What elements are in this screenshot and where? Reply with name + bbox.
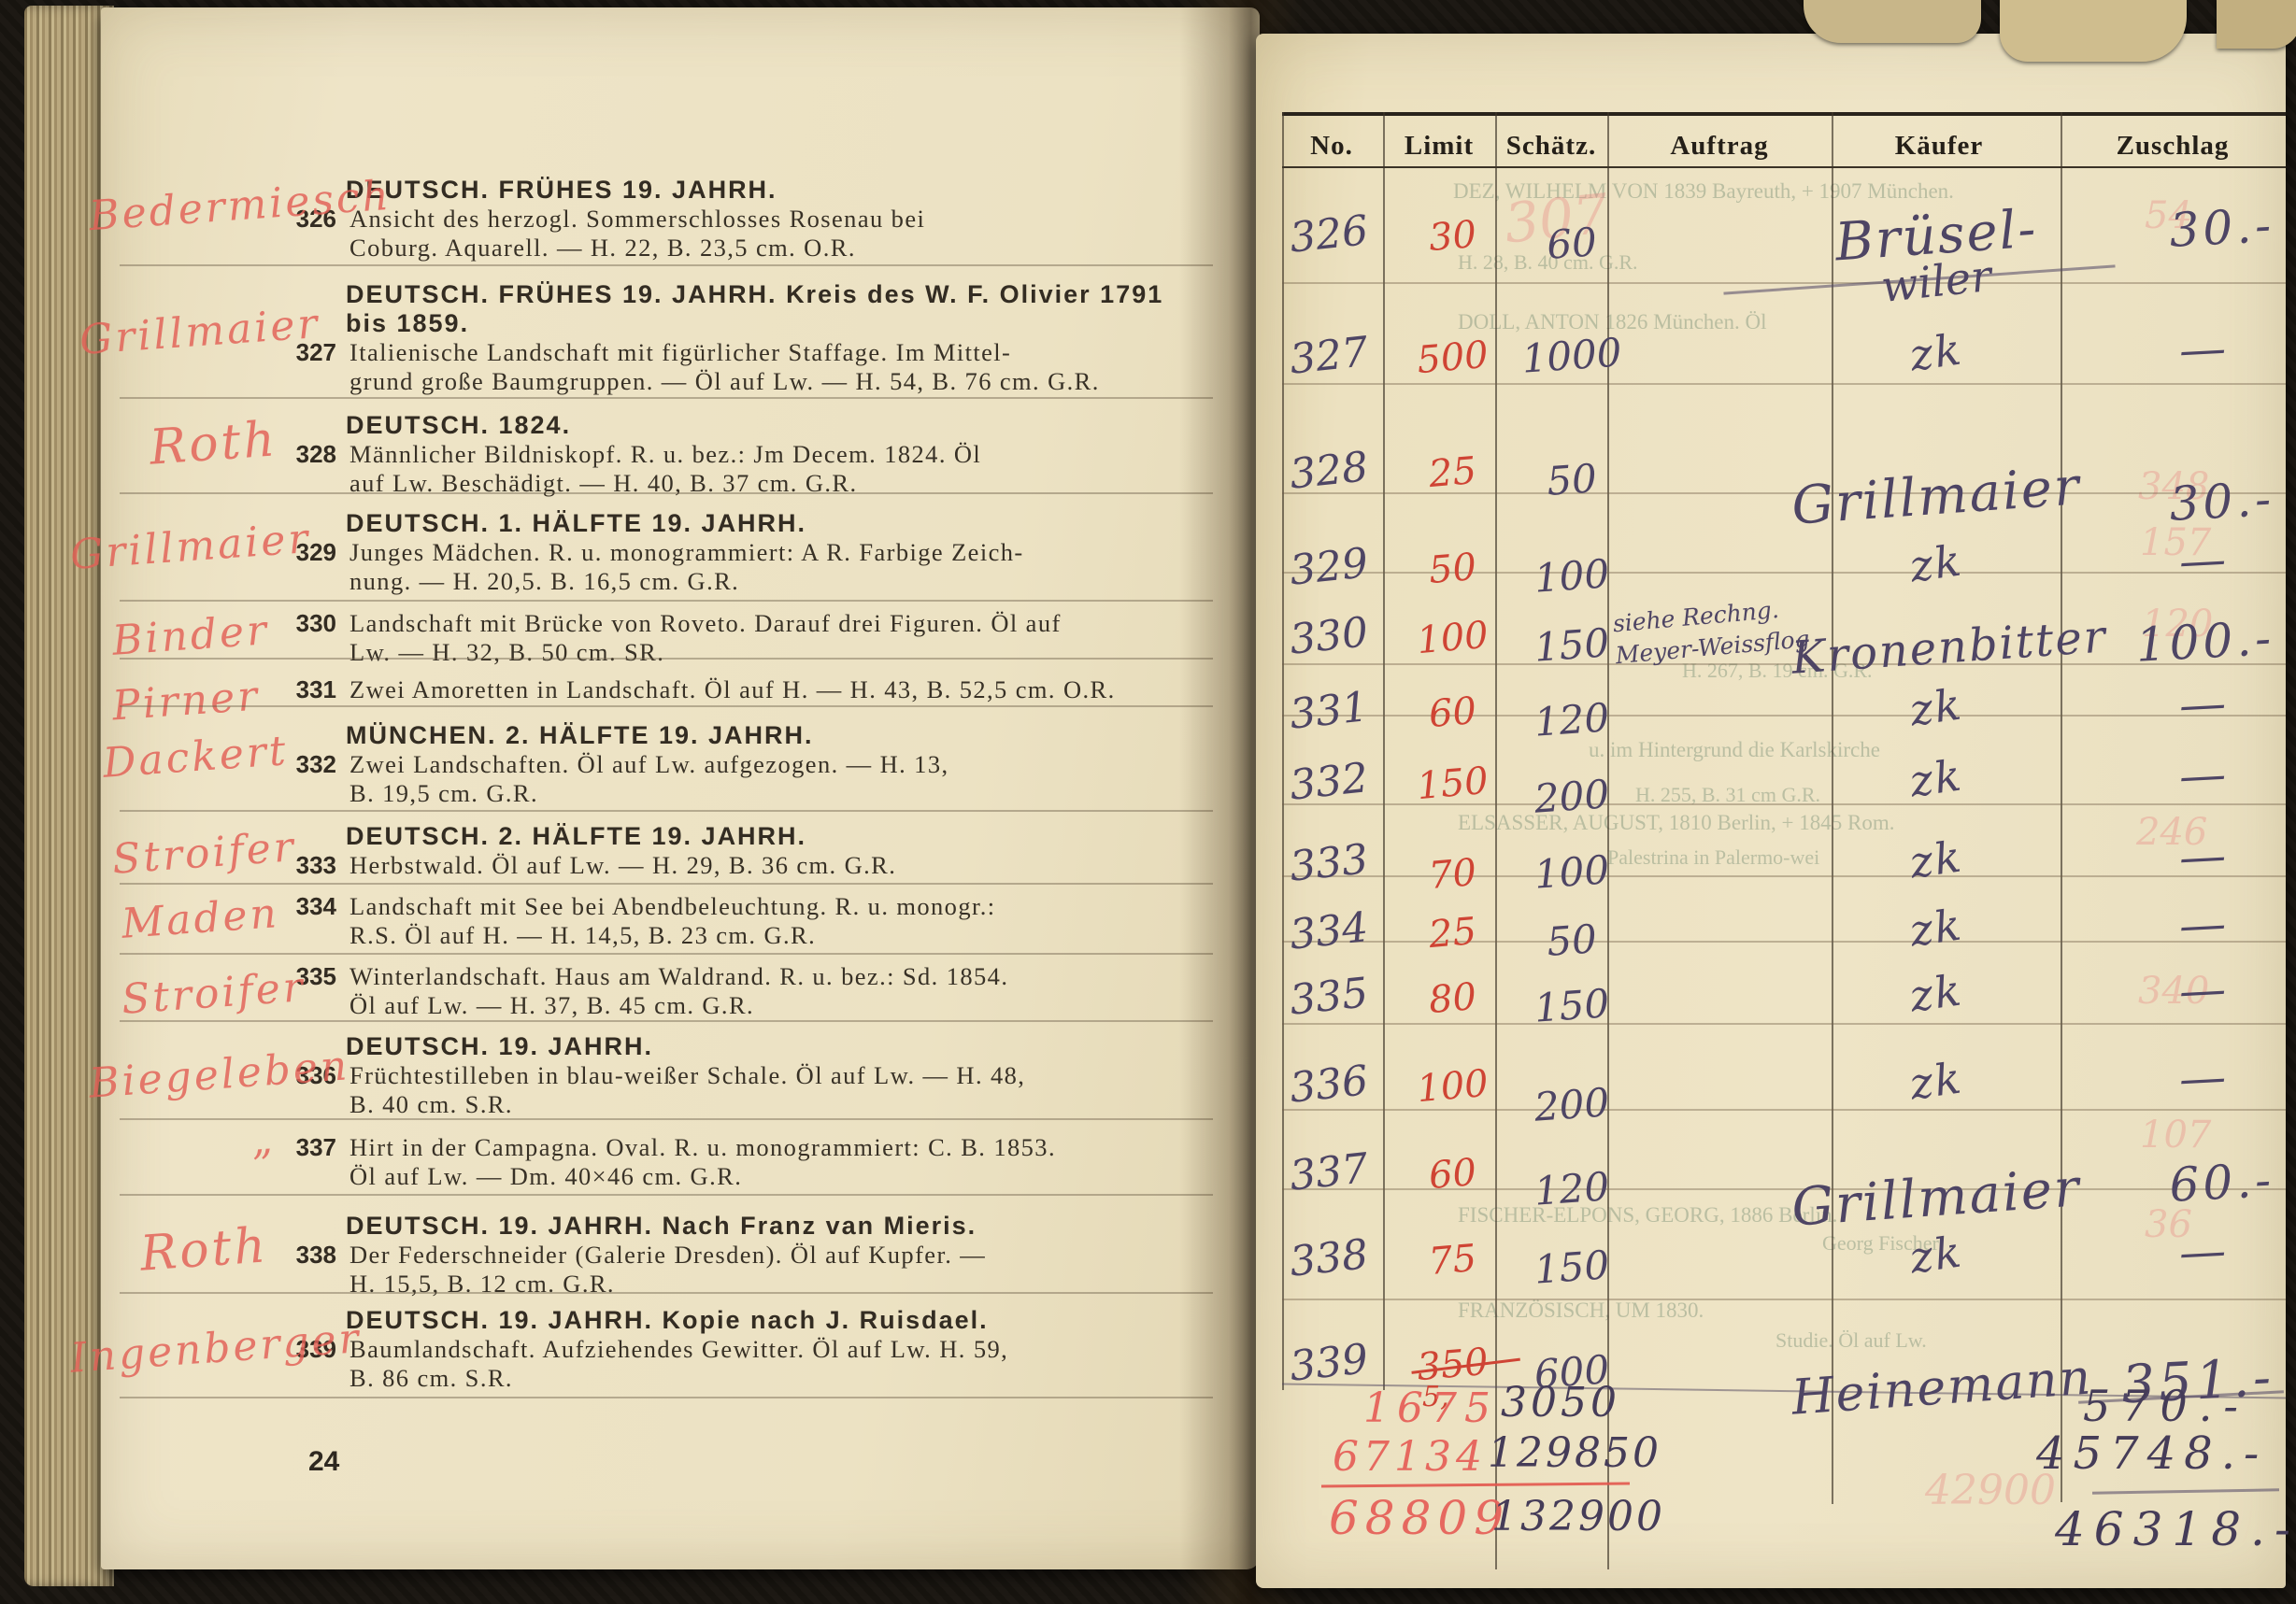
rule xyxy=(120,1397,1213,1398)
lot-text: Zwei Landschaften. Öl auf Lw. aufgezogen… xyxy=(349,750,949,779)
cell-schaetz: 50 xyxy=(1505,913,1638,968)
total-schaetz-carry: 129850 xyxy=(1488,1429,1661,1477)
rule xyxy=(120,953,1213,955)
lot-text: H. 15,5, B. 12 cm. G.R. xyxy=(349,1270,1194,1299)
ledger-row: 336 100 200 zk — xyxy=(1282,1054,2282,1140)
cell-no: 335 xyxy=(1288,966,1397,1024)
cell-schaetz: 60 xyxy=(1505,216,1638,271)
total-limit-sum: 68809 xyxy=(1329,1491,1510,1545)
cell-no: 337 xyxy=(1288,1142,1397,1199)
catalog-entry: Grillmaier DEUTSCH. 1. HÄLFTE 19. JAHRH.… xyxy=(101,509,1194,596)
margin-annotation: Binder xyxy=(110,606,270,665)
section-header: DEUTSCH. 19. JAHRH. Kopie nach J. Ruisda… xyxy=(346,1306,1194,1335)
margin-annotation: Ingenberger xyxy=(69,1314,364,1383)
lot-text: Lw. — H. 32, B. 50 cm. SR. xyxy=(349,638,1194,667)
ledger-row: 328 25 50 Grillmaier 30.- xyxy=(1282,440,2282,526)
cell-zuschlag: 60.- xyxy=(2059,1153,2276,1218)
cell-no: 336 xyxy=(1288,1054,1397,1112)
total-zuschlag-carry: 45748.- xyxy=(2036,1427,2267,1480)
cell-zuschlag: 30.- xyxy=(2059,198,2276,263)
ledger-row: 335 80 150 zk — xyxy=(1282,966,2282,1052)
rule xyxy=(120,1118,1213,1120)
rule xyxy=(120,658,1213,660)
ledger-row: 338 75 150 zk — xyxy=(1282,1228,2282,1313)
cell-limit: 70 xyxy=(1388,847,1517,901)
lot-text: Der Federschneider (Galerie Dresden). Öl… xyxy=(349,1241,986,1270)
page-number: 24 xyxy=(308,1446,339,1478)
rule xyxy=(120,1020,1213,1022)
lot-text: Öl auf Lw. — Dm. 40×46 cm. G.R. xyxy=(349,1162,1194,1191)
lot-text: nung. — H. 20,5. B. 16,5 cm. G.R. xyxy=(349,567,1194,596)
cell-no: 327 xyxy=(1288,325,1397,383)
total-limit-carry: 67134 xyxy=(1333,1433,1487,1481)
lot-text: grund große Baumgruppen. — Öl auf Lw. — … xyxy=(349,367,1194,396)
cell-limit: 25 xyxy=(1388,906,1517,960)
cell-schaetz: 200 xyxy=(1505,769,1638,824)
lot-text: Männlicher Bildniskopf. R. u. bez.: Jm D… xyxy=(349,440,981,469)
cell-limit: 100 xyxy=(1388,611,1517,665)
cell-schaetz: 1000 xyxy=(1505,328,1638,383)
cell-schaetz: 120 xyxy=(1505,1161,1638,1216)
section-header: MÜNCHEN. 2. HÄLFTE 19. JAHRH. xyxy=(346,721,1194,750)
cell-schaetz: 120 xyxy=(1505,692,1638,747)
cell-no: 331 xyxy=(1288,680,1397,738)
rule xyxy=(120,600,1213,602)
auction-ledger-photo: Bedermiesch DEUTSCH. FRÜHES 19. JAHRH. 3… xyxy=(0,0,2296,1604)
cell-limit: 60 xyxy=(1388,686,1517,740)
cell-no: 333 xyxy=(1288,832,1397,890)
cell-zuschlag: 100.- xyxy=(2059,611,2276,676)
cell-limit: 80 xyxy=(1388,972,1517,1026)
sum-rule xyxy=(1321,1483,1630,1488)
lot-text: Öl auf Lw. — H. 37, B. 45 cm. G.R. xyxy=(349,991,1194,1020)
table-header-rule xyxy=(1282,166,2286,168)
cell-no: 329 xyxy=(1288,536,1397,594)
section-header: DEUTSCH. 1. HÄLFTE 19. JAHRH. xyxy=(346,509,1194,538)
rule xyxy=(120,1194,1213,1196)
left-page: Bedermiesch DEUTSCH. FRÜHES 19. JAHRH. 3… xyxy=(101,7,1260,1569)
ledger-row: 330 100 150 siehe Rechng.Meyer-Weissflog… xyxy=(1282,605,2282,691)
catalog-entry: Biegeleben DEUTSCH. 19. JAHRH. 336Frücht… xyxy=(101,1032,1194,1119)
cell-no: 338 xyxy=(1288,1228,1397,1285)
cell-kaeufer: Heinemann xyxy=(1790,1350,2082,1426)
cell-zuschlag: 30.- xyxy=(2059,472,2276,537)
rule xyxy=(120,397,1213,399)
margin-annotation: Roth xyxy=(138,1217,270,1282)
cell-limit: 25 xyxy=(1388,446,1517,500)
cell-limit: 60 xyxy=(1388,1147,1517,1201)
cell-no: 328 xyxy=(1288,440,1397,498)
section-header: DEUTSCH. 2. HÄLFTE 19. JAHRH. xyxy=(346,822,1194,851)
pen-stroke xyxy=(2092,1488,2279,1494)
catalog-entry: Grillmaier DEUTSCH. FRÜHES 19. JAHRH. Kr… xyxy=(101,280,1194,396)
lot-text: Ansicht des herzogl. Sommerschlosses Ros… xyxy=(349,205,925,234)
margin-annotation: Biegeleben xyxy=(88,1042,351,1107)
rule xyxy=(120,883,1213,885)
catalog-entry: Pirner 331Zwei Amoretten in Landschaft. … xyxy=(101,675,1194,704)
cell-schaetz: 150 xyxy=(1505,1240,1638,1295)
section-header: DEUTSCH. 1824. xyxy=(346,411,1194,440)
catalog-entry: ” 337Hirt in der Campagna. Oval. R. u. m… xyxy=(101,1133,1194,1191)
cell-schaetz: 200 xyxy=(1505,1077,1638,1132)
column-header-auftrag: Auftrag xyxy=(1654,131,1785,162)
cell-limit: 150 xyxy=(1388,757,1517,811)
cell-limit: 30 xyxy=(1388,209,1517,263)
lot-text: R.S. Öl auf H. — H. 14,5, B. 23 cm. G.R. xyxy=(349,921,1194,950)
cell-limit: 50 xyxy=(1388,542,1517,596)
rule xyxy=(120,264,1213,266)
margin-annotation: Grillmaier xyxy=(69,515,312,579)
total-zuschlag-sum: 46318.- xyxy=(2055,1502,2296,1556)
section-header: DEUTSCH. 19. JAHRH. xyxy=(346,1032,1194,1061)
catalog-entry: Maden 334Landschaft mit See bei Abendbel… xyxy=(101,892,1194,950)
section-header: DEUTSCH. 19. JAHRH. Nach Franz van Mieri… xyxy=(346,1212,1194,1241)
ledger-row: 332 150 200 zk — xyxy=(1282,751,2282,837)
rule xyxy=(120,492,1213,494)
lot-text: Baumlandschaft. Aufziehendes Gewitter. Ö… xyxy=(349,1335,1008,1364)
lot-text: Hirt in der Campagna. Oval. R. u. monogr… xyxy=(349,1133,1056,1162)
rule xyxy=(120,705,1213,707)
catalog-entry: Ingenberger DEUTSCH. 19. JAHRH. Kopie na… xyxy=(101,1306,1194,1393)
cell-no: 326 xyxy=(1288,204,1397,262)
column-header-kaeufer: Käufer xyxy=(1883,131,1995,162)
catalog-entry: Roth DEUTSCH. 19. JAHRH. Nach Franz van … xyxy=(101,1212,1194,1299)
section-header: bis 1859. xyxy=(346,309,1194,338)
lot-text: Früchtestilleben in blau-weißer Schale. … xyxy=(349,1061,1025,1090)
catalog-entry: Dackert MÜNCHEN. 2. HÄLFTE 19. JAHRH. 33… xyxy=(101,721,1194,808)
column-header-limit: Limit xyxy=(1392,131,1486,162)
lot-text: Herbstwald. Öl auf Lw. — H. 29, B. 36 cm… xyxy=(349,851,896,880)
lot-number: 337 xyxy=(101,1133,349,1162)
cell-no: 334 xyxy=(1288,901,1397,958)
lot-text: Landschaft mit See bei Abendbeleuchtung.… xyxy=(349,892,996,921)
cell-schaetz: 150 xyxy=(1505,978,1638,1033)
margin-annotation: Maden xyxy=(120,889,280,948)
torn-page-remnant xyxy=(2217,0,2296,49)
lot-text: B. 86 cm. S.R. xyxy=(349,1364,1194,1393)
section-header: DEUTSCH. FRÜHES 19. JAHRH. Kreis des W. … xyxy=(346,280,1194,309)
lot-text: Junges Mädchen. R. u. monogrammiert: A R… xyxy=(349,538,1024,567)
lot-text: Winterlandschaft. Haus am Waldrand. R. u… xyxy=(349,962,1008,991)
cell-limit: 500 xyxy=(1388,331,1517,385)
column-header-zuschlag: Zuschlag xyxy=(2107,131,2238,162)
column-header-no: No. xyxy=(1294,131,1369,162)
lot-text: B. 19,5 cm. G.R. xyxy=(349,779,1194,808)
margin-annotation: Roth xyxy=(148,411,279,476)
ledger-row: 337 60 120 Grillmaier 60.- xyxy=(1282,1142,2282,1228)
rule xyxy=(120,1292,1213,1294)
catalog-entry: Roth DEUTSCH. 1824. 328Männlicher Bildni… xyxy=(101,411,1194,498)
lot-text: B. 40 cm. S.R. xyxy=(349,1090,1194,1119)
cell-schaetz: 100 xyxy=(1505,845,1638,900)
lot-text: Coburg. Aquarell. — H. 22, B. 23,5 cm. O… xyxy=(349,234,1194,263)
rule xyxy=(120,810,1213,812)
table-top-rule xyxy=(1282,112,2286,116)
lot-text: Landschaft mit Brücke von Roveto. Darauf… xyxy=(349,609,1062,638)
ledger-row: 327 500 1000 zk — xyxy=(1282,325,2282,411)
cell-no: 339 xyxy=(1288,1332,1397,1390)
catalog-entry: Bedermiesch DEUTSCH. FRÜHES 19. JAHRH. 3… xyxy=(101,176,1194,263)
catalog-entry: Stroifer 335Winterlandschaft. Haus am Wa… xyxy=(101,962,1194,1020)
cell-schaetz: 100 xyxy=(1505,548,1638,603)
torn-page-remnant xyxy=(1804,0,1981,43)
lot-text: Italienische Landschaft mit figürlicher … xyxy=(349,338,1011,367)
lot-text: Zwei Amoretten in Landschaft. Öl auf H. … xyxy=(349,675,1116,704)
right-page: DEZ, WILHELM VON 1839 Bayreuth, + 1907 M… xyxy=(1256,34,2286,1588)
total-schaetz-sum: 132900 xyxy=(1491,1493,1665,1540)
cell-no: 332 xyxy=(1288,751,1397,809)
cell-limit: 75 xyxy=(1388,1233,1517,1287)
cell-schaetz: 50 xyxy=(1505,452,1638,507)
total-limit-page: 1675 xyxy=(1363,1384,1498,1432)
catalog-entry: Stroifer DEUTSCH. 2. HÄLFTE 19. JAHRH. 3… xyxy=(101,822,1194,880)
torn-page-remnant xyxy=(2000,0,2187,62)
cell-limit: 100 xyxy=(1388,1059,1517,1114)
cell-no: 330 xyxy=(1288,605,1397,663)
column-header-schaetz: Schätz. xyxy=(1495,131,1607,162)
ledger-row: 326 30 60 Brüsel- wiler 30.- xyxy=(1282,204,2282,290)
total-schaetz-page: 3050 xyxy=(1501,1379,1620,1427)
section-header: DEUTSCH. FRÜHES 19. JAHRH. xyxy=(346,176,1194,205)
margin-annotation-ditto: ” xyxy=(250,1141,278,1190)
total-zuschlag-page: 570.- xyxy=(2083,1381,2249,1431)
